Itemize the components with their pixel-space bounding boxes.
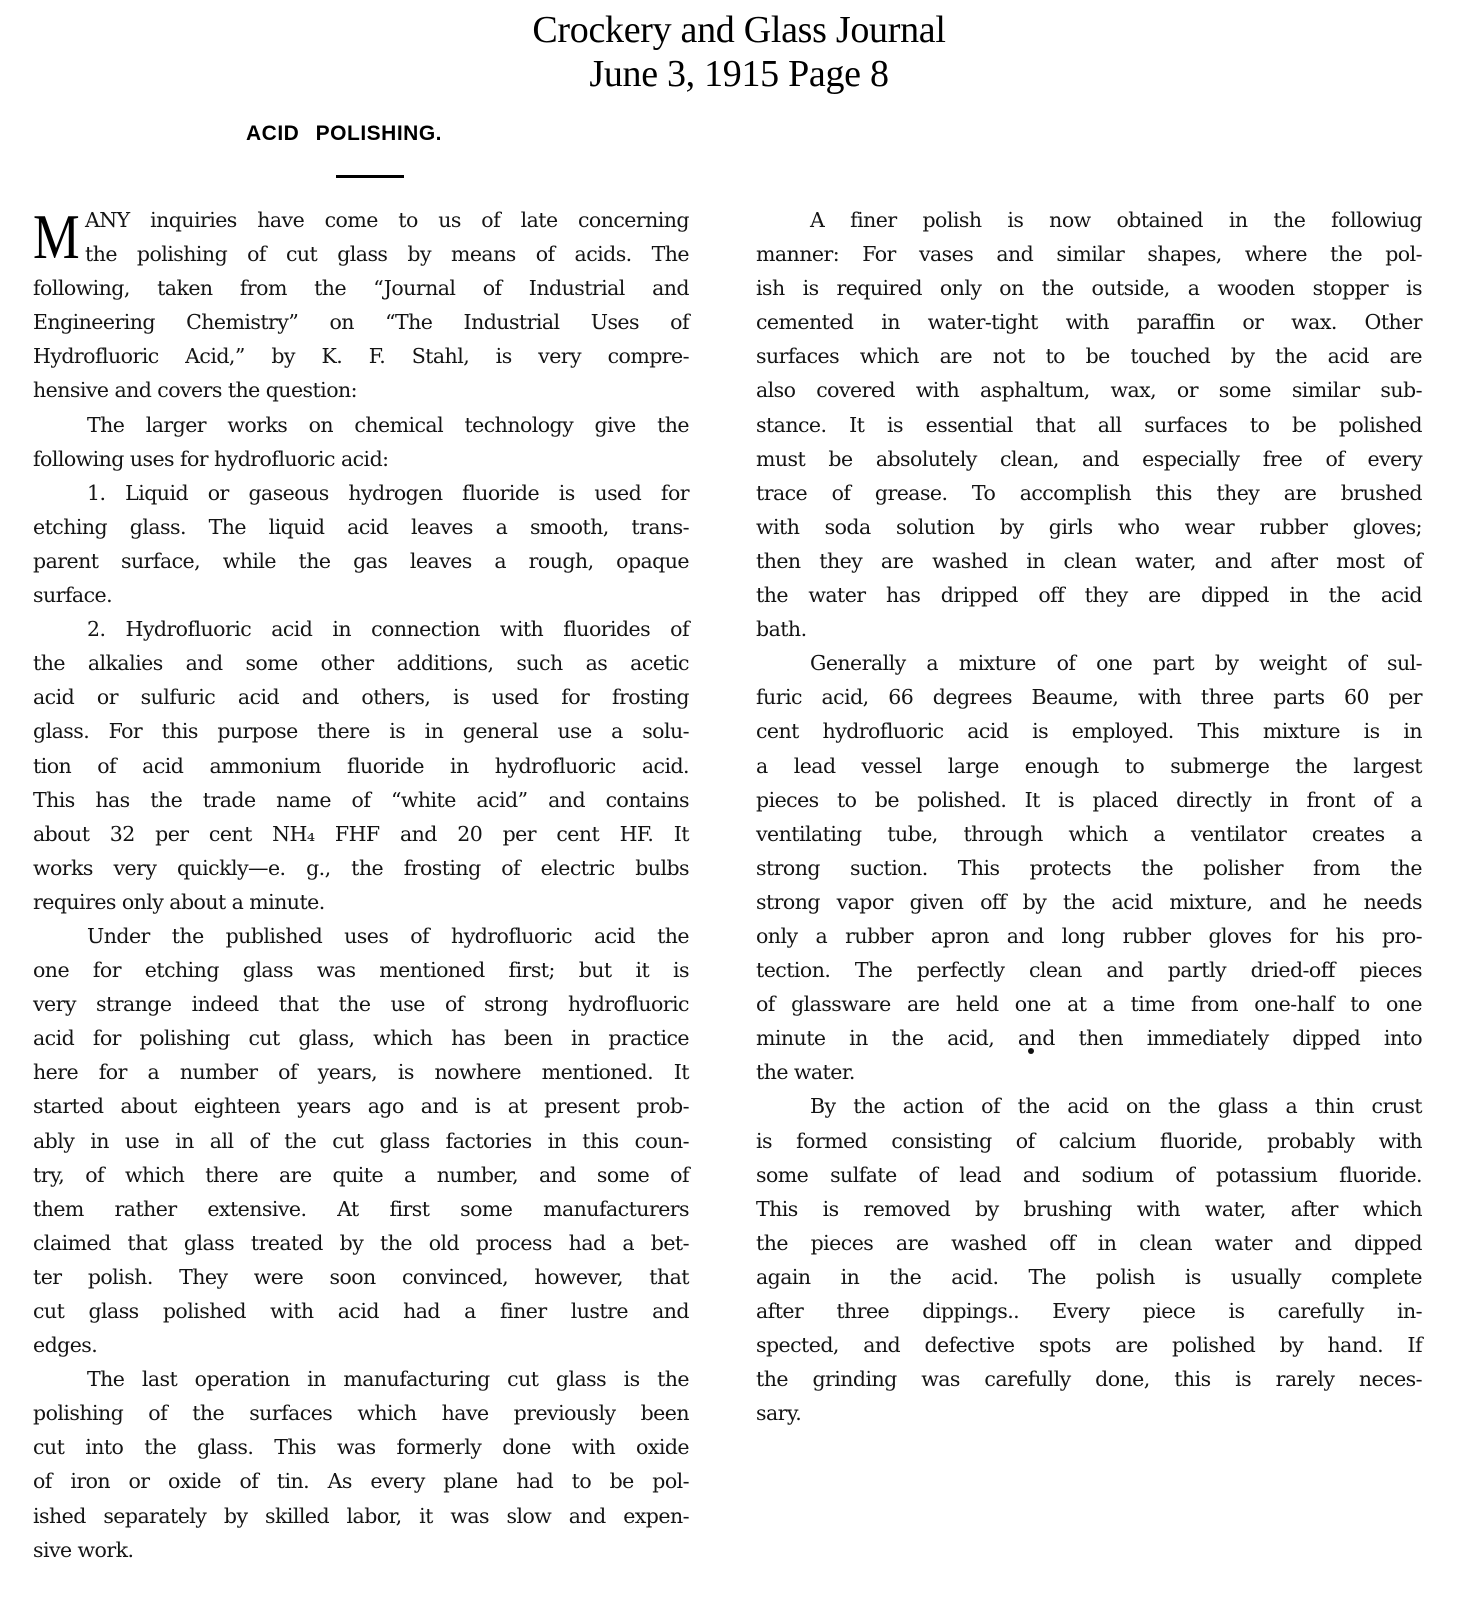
right_column-line: manner: For vases and similar shapes, wh… <box>756 237 1422 271</box>
left_column-line: ANY inquiries have come to us of late co… <box>33 203 689 237</box>
right_column-line: cemented in water-tight with paraffin or… <box>756 305 1422 339</box>
right_column-line: ventilating tube, through which a ventil… <box>756 817 1422 851</box>
right_column-line: minute in the acid, and then immediately… <box>756 1021 1422 1055</box>
left_column-line: etching glass. The liquid acid leaves a … <box>33 510 689 544</box>
right_column-line: cent hydrofluoric acid is employed. This… <box>756 714 1422 748</box>
masthead: Crockery and Glass Journal June 3, 1915 … <box>0 8 1478 96</box>
left_column-line: Engineering Chemistry” on “The Industria… <box>33 305 689 339</box>
right_column-line: A finer polish is now obtained in the fo… <box>756 203 1422 237</box>
right_column-line: This is removed by brushing with water, … <box>756 1192 1422 1226</box>
right_column-line: spected, and defective spots are polishe… <box>756 1328 1422 1362</box>
left_column-line: one for etching glass was mentioned firs… <box>33 953 689 987</box>
article-headline: ACID POLISHING. <box>246 122 746 146</box>
left_column-line: parent surface, while the gas leaves a r… <box>33 544 689 578</box>
left_column-line: 2. Hydrofluoric acid in connection with … <box>33 612 689 646</box>
right_column-line: with soda solution by girls who wear rub… <box>756 510 1422 544</box>
left_column-line: edges. <box>33 1328 689 1362</box>
left_column-line: polishing of the surfaces which have pre… <box>33 1396 689 1430</box>
right_column-line: the water has dripped off they are dippe… <box>756 578 1422 612</box>
left_column-line: try, of which there are quite a number, … <box>33 1158 689 1192</box>
left_column-line: the alkalies and some other additions, s… <box>33 646 689 680</box>
left_column-line: works very quickly—e. g., the frosting o… <box>33 851 689 885</box>
right_column-line: stance. It is essential that all surface… <box>756 408 1422 442</box>
right_column-line: strong suction. This protects the polish… <box>756 851 1422 885</box>
right_column-line: ish is required only on the outside, a w… <box>756 271 1422 305</box>
right_column-line: strong vapor given off by the acid mixtu… <box>756 885 1422 919</box>
left_column-line: of iron or oxide of tin. As every plane … <box>33 1464 689 1498</box>
right_column-line: tection. The perfectly clean and partly … <box>756 953 1422 987</box>
right-column: A finer polish is now obtained in the fo… <box>756 203 1422 1430</box>
left_column-line: following uses for hydrofluoric acid: <box>33 442 689 476</box>
right_column-line: must be absolutely clean, and especially… <box>756 442 1422 476</box>
right_column-line: is formed consisting of calcium fluoride… <box>756 1124 1422 1158</box>
left_column-line: ished separately by skilled labor, it wa… <box>33 1499 689 1533</box>
right_column-line: the water. <box>756 1055 1422 1089</box>
right_column-line: surfaces which are not to be touched by … <box>756 339 1422 373</box>
left_column-line: acid or sulfuric acid and others, is use… <box>33 680 689 714</box>
right-column-lines: A finer polish is now obtained in the fo… <box>756 203 1422 1430</box>
left_column-line: started about eighteen years ago and is … <box>33 1089 689 1123</box>
right_column-line: a lead vessel large enough to submerge t… <box>756 749 1422 783</box>
right_column-line: pieces to be polished. It is placed dire… <box>756 783 1422 817</box>
left-column: M ANY inquiries have come to us of late … <box>33 203 689 1567</box>
left_column-line: The last operation in manufacturing cut … <box>33 1362 689 1396</box>
left_column-line: cut into the glass. This was formerly do… <box>33 1430 689 1464</box>
left_column-line: Under the published uses of hydrofluoric… <box>33 919 689 953</box>
left_column-line: tion of acid ammonium fluoride in hydrof… <box>33 749 689 783</box>
left_column-line: requires only about a minute. <box>33 885 689 919</box>
left_column-line: This has the trade name of “white acid” … <box>33 783 689 817</box>
publication-title: Crockery and Glass Journal <box>0 8 1478 52</box>
left_column-line: hensive and covers the question: <box>33 373 689 407</box>
right_column-line: some sulfate of lead and sodium of potas… <box>756 1158 1422 1192</box>
left_column-line: cut glass polished with acid had a finer… <box>33 1294 689 1328</box>
left-column-lines: ANY inquiries have come to us of late co… <box>33 203 689 1567</box>
print-speck <box>1028 1048 1034 1054</box>
left_column-line: sive work. <box>33 1533 689 1567</box>
right_column-line: then they are washed in clean water, and… <box>756 544 1422 578</box>
left_column-line: them rather extensive. At first some man… <box>33 1192 689 1226</box>
right_column-line: bath. <box>756 612 1422 646</box>
right_column-line: the pieces are washed off in clean water… <box>756 1226 1422 1260</box>
right_column-line: By the action of the acid on the glass a… <box>756 1089 1422 1123</box>
left_column-line: glass. For this purpose there is in gene… <box>33 714 689 748</box>
left_column-line: very strange indeed that the use of stro… <box>33 987 689 1021</box>
right_column-line: sary. <box>756 1396 1422 1430</box>
right_column-line: of glassware are held one at a time from… <box>756 987 1422 1021</box>
right_column-line: after three dippings.. Every piece is ca… <box>756 1294 1422 1328</box>
right_column-line: Generally a mixture of one part by weigh… <box>756 646 1422 680</box>
left_column-line: claimed that glass treated by the old pr… <box>33 1226 689 1260</box>
right_column-line: only a rubber apron and long rubber glov… <box>756 919 1422 953</box>
right_column-line: also covered with asphaltum, wax, or som… <box>756 373 1422 407</box>
issue-date-page: June 3, 1915 Page 8 <box>0 52 1478 96</box>
left_column-line: surface. <box>33 578 689 612</box>
left_column-line: the polishing of cut glass by means of a… <box>33 237 689 271</box>
right_column-line: again in the acid. The polish is usually… <box>756 1260 1422 1294</box>
left_column-line: The larger works on chemical technology … <box>33 408 689 442</box>
left_column-line: ably in use in all of the cut glass fact… <box>33 1124 689 1158</box>
headline-divider <box>336 175 404 178</box>
left_column-line: about 32 per cent NH₄ FHF and 20 per cen… <box>33 817 689 851</box>
left_column-line: acid for polishing cut glass, which has … <box>33 1021 689 1055</box>
right_column-line: trace of grease. To accomplish this they… <box>756 476 1422 510</box>
left_column-line: ter polish. They were soon convinced, ho… <box>33 1260 689 1294</box>
left_column-line: following, taken from the “Journal of In… <box>33 271 689 305</box>
right_column-line: furic acid, 66 degrees Beaume, with thre… <box>756 680 1422 714</box>
drop-cap: M <box>33 207 78 267</box>
left_column-line: here for a number of years, is nowhere m… <box>33 1055 689 1089</box>
right_column-line: the grinding was carefully done, this is… <box>756 1362 1422 1396</box>
left_column-line: 1. Liquid or gaseous hydrogen fluoride i… <box>33 476 689 510</box>
left_column-line: Hydrofluoric Acid,” by K. F. Stahl, is v… <box>33 339 689 373</box>
